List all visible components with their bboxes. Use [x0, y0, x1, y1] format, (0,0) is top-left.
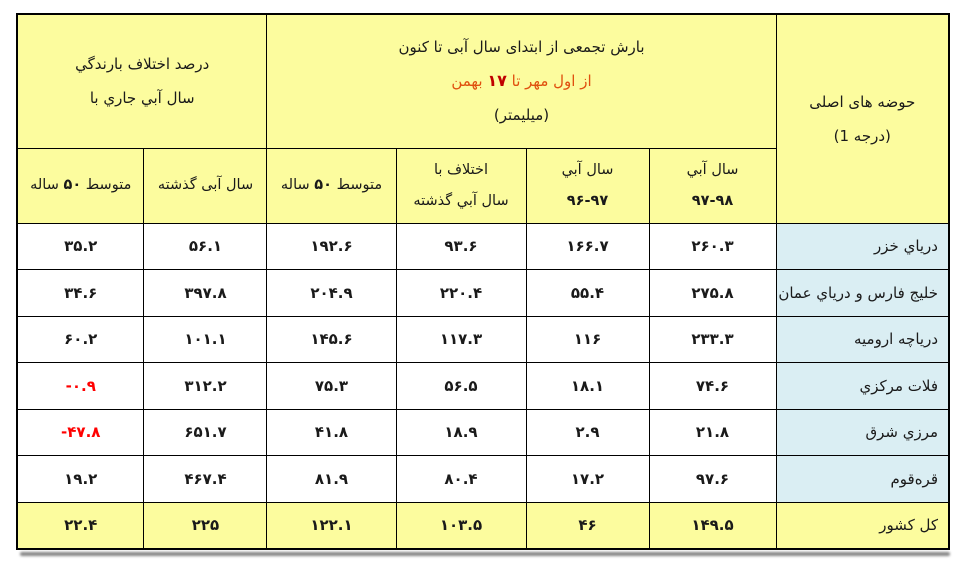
value-cell: ۹۳.۶ [396, 223, 526, 270]
value-cell: ۴۱.۸ [267, 409, 396, 456]
value-cell: ۱۴۹.۵ [649, 502, 776, 549]
basin-header-line1: حوضه های اصلی [777, 85, 949, 119]
table-row: درياچه اروميه۲۳۳.۳۱۱۶۱۱۷.۳۱۴۵.۶۱۰۱.۱۶۰.۲ [17, 316, 949, 363]
value-cell: ۴۶۷.۴ [144, 456, 267, 503]
value-cell: ۵۶.۵ [396, 363, 526, 410]
rain-header-period-line: از اول مهر تا ۱۷ بهمن [267, 64, 775, 98]
value-cell: ۳۴.۶ [17, 270, 144, 317]
value-cell: ۳۵.۲ [17, 223, 144, 270]
basin-name-cell: خليج فارس و درياي عمان [776, 270, 949, 317]
value-cell: ۲۱.۸ [649, 409, 776, 456]
value-cell: ۸۱.۹ [267, 456, 396, 503]
value-cell: ۱۴۵.۶ [267, 316, 396, 363]
period-day: ۱۷ [487, 71, 507, 90]
value-cell: ۱۸.۹ [396, 409, 526, 456]
table-row: قره‌قوم۹۷.۶۱۷.۲۸۰.۴۸۱.۹۴۶۷.۴۱۹.۲ [17, 456, 949, 503]
basin-name-cell: درياي خزر [776, 223, 949, 270]
table-row: مرزي شرق۲۱.۸۲.۹۱۸.۹۴۱.۸۶۵۱.۷-۴۷.۸ [17, 409, 949, 456]
value-cell: ۳۹۷.۸ [144, 270, 267, 317]
value-cell: ۱۱۶ [526, 316, 649, 363]
value-cell: ۱۶۶.۷ [526, 223, 649, 270]
percent-diff-group-header: درصد اختلاف بارندگي سال آبي جاري با [17, 14, 267, 148]
rain-header-unit: (میلیمتر) [267, 98, 775, 132]
value-cell: ۱۰۳.۵ [396, 502, 526, 549]
value-cell: ۴۶ [526, 502, 649, 549]
column-header-diff-last-year: اختلاف با سال آبي گذشته [396, 148, 526, 223]
value-cell: ۲.۹ [526, 409, 649, 456]
value-cell: ۱۷.۲ [526, 456, 649, 503]
percent-header-line2: سال آبي جاري با [18, 81, 267, 115]
value-cell: ۱۹۲.۶ [267, 223, 396, 270]
cumulative-rain-group-header: بارش تجمعی از ابتدای سال آبی تا کنون از … [267, 14, 776, 148]
table-row: كل كشور۱۴۹.۵۴۶۱۰۳.۵۱۲۲.۱۲۲۵۲۲.۴ [17, 502, 949, 549]
table-row: فلات مركزي۷۴.۶۱۸.۱۵۶.۵۷۵.۳۳۱۲.۲-۰.۹ [17, 363, 949, 410]
period-suffix: بهمن [451, 72, 482, 90]
value-cell: ۲۳۳.۳ [649, 316, 776, 363]
value-cell: ۲۷۵.۸ [649, 270, 776, 317]
value-cell: ۲۰۴.۹ [267, 270, 396, 317]
table-bottom-shadow [20, 552, 950, 556]
basin-name-cell: فلات مركزي [776, 363, 949, 410]
value-cell: ۳۱۲.۲ [144, 363, 267, 410]
table-row: خليج فارس و درياي عمان۲۷۵.۸۵۵.۴۲۲۰.۴۲۰۴.… [17, 270, 949, 317]
column-header-avg-50yr-pct: متوسط ۵۰ ساله [17, 148, 144, 223]
group-header-row: حوضه های اصلی (درجه 1) بارش تجمعی از ابت… [17, 14, 949, 148]
period-prefix: از اول مهر تا [512, 72, 592, 90]
basin-name-cell: قره‌قوم [776, 456, 949, 503]
value-cell: ۹۷.۶ [649, 456, 776, 503]
value-cell: ۲۲.۴ [17, 502, 144, 549]
basin-column-header: حوضه های اصلی (درجه 1) [776, 14, 949, 223]
value-cell: ۵۵.۴ [526, 270, 649, 317]
value-cell: ۱۸.۱ [526, 363, 649, 410]
percent-header-line1: درصد اختلاف بارندگي [18, 47, 267, 81]
value-cell: ۲۲۰.۴ [396, 270, 526, 317]
basin-header-line2: (درجه 1) [777, 119, 949, 153]
value-cell: -۴۷.۸ [17, 409, 144, 456]
value-cell: ۶۵۱.۷ [144, 409, 267, 456]
value-cell: ۱۲۲.۱ [267, 502, 396, 549]
value-cell: -۰.۹ [17, 363, 144, 410]
value-cell: ۲۲۵ [144, 502, 267, 549]
value-cell: ۶۰.۲ [17, 316, 144, 363]
basin-name-cell: درياچه اروميه [776, 316, 949, 363]
basin-name-cell: كل كشور [776, 502, 949, 549]
value-cell: ۵۶.۱ [144, 223, 267, 270]
basin-name-cell: مرزي شرق [776, 409, 949, 456]
table-body: درياي خزر۲۶۰.۳۱۶۶.۷۹۳.۶۱۹۲.۶۵۶.۱۳۵.۲خليج… [17, 223, 949, 549]
value-cell: ۸۰.۴ [396, 456, 526, 503]
table-row: درياي خزر۲۶۰.۳۱۶۶.۷۹۳.۶۱۹۲.۶۵۶.۱۳۵.۲ [17, 223, 949, 270]
column-header-year-97-98: سال آبي ۹۷-۹۸ [649, 148, 776, 223]
value-cell: ۱۰۱.۱ [144, 316, 267, 363]
value-cell: ۱۹.۲ [17, 456, 144, 503]
column-header-last-water-year: سال آبی گذشته [144, 148, 267, 223]
value-cell: ۲۶۰.۳ [649, 223, 776, 270]
value-cell: ۷۵.۳ [267, 363, 396, 410]
value-cell: ۱۱۷.۳ [396, 316, 526, 363]
column-header-year-96-97: سال آبي ۹۶-۹۷ [526, 148, 649, 223]
column-header-avg-50yr-mm: متوسط ۵۰ ساله [267, 148, 396, 223]
rain-header-line1: بارش تجمعی از ابتدای سال آبی تا کنون [267, 30, 775, 64]
rainfall-table: حوضه های اصلی (درجه 1) بارش تجمعی از ابت… [16, 13, 950, 550]
value-cell: ۷۴.۶ [649, 363, 776, 410]
